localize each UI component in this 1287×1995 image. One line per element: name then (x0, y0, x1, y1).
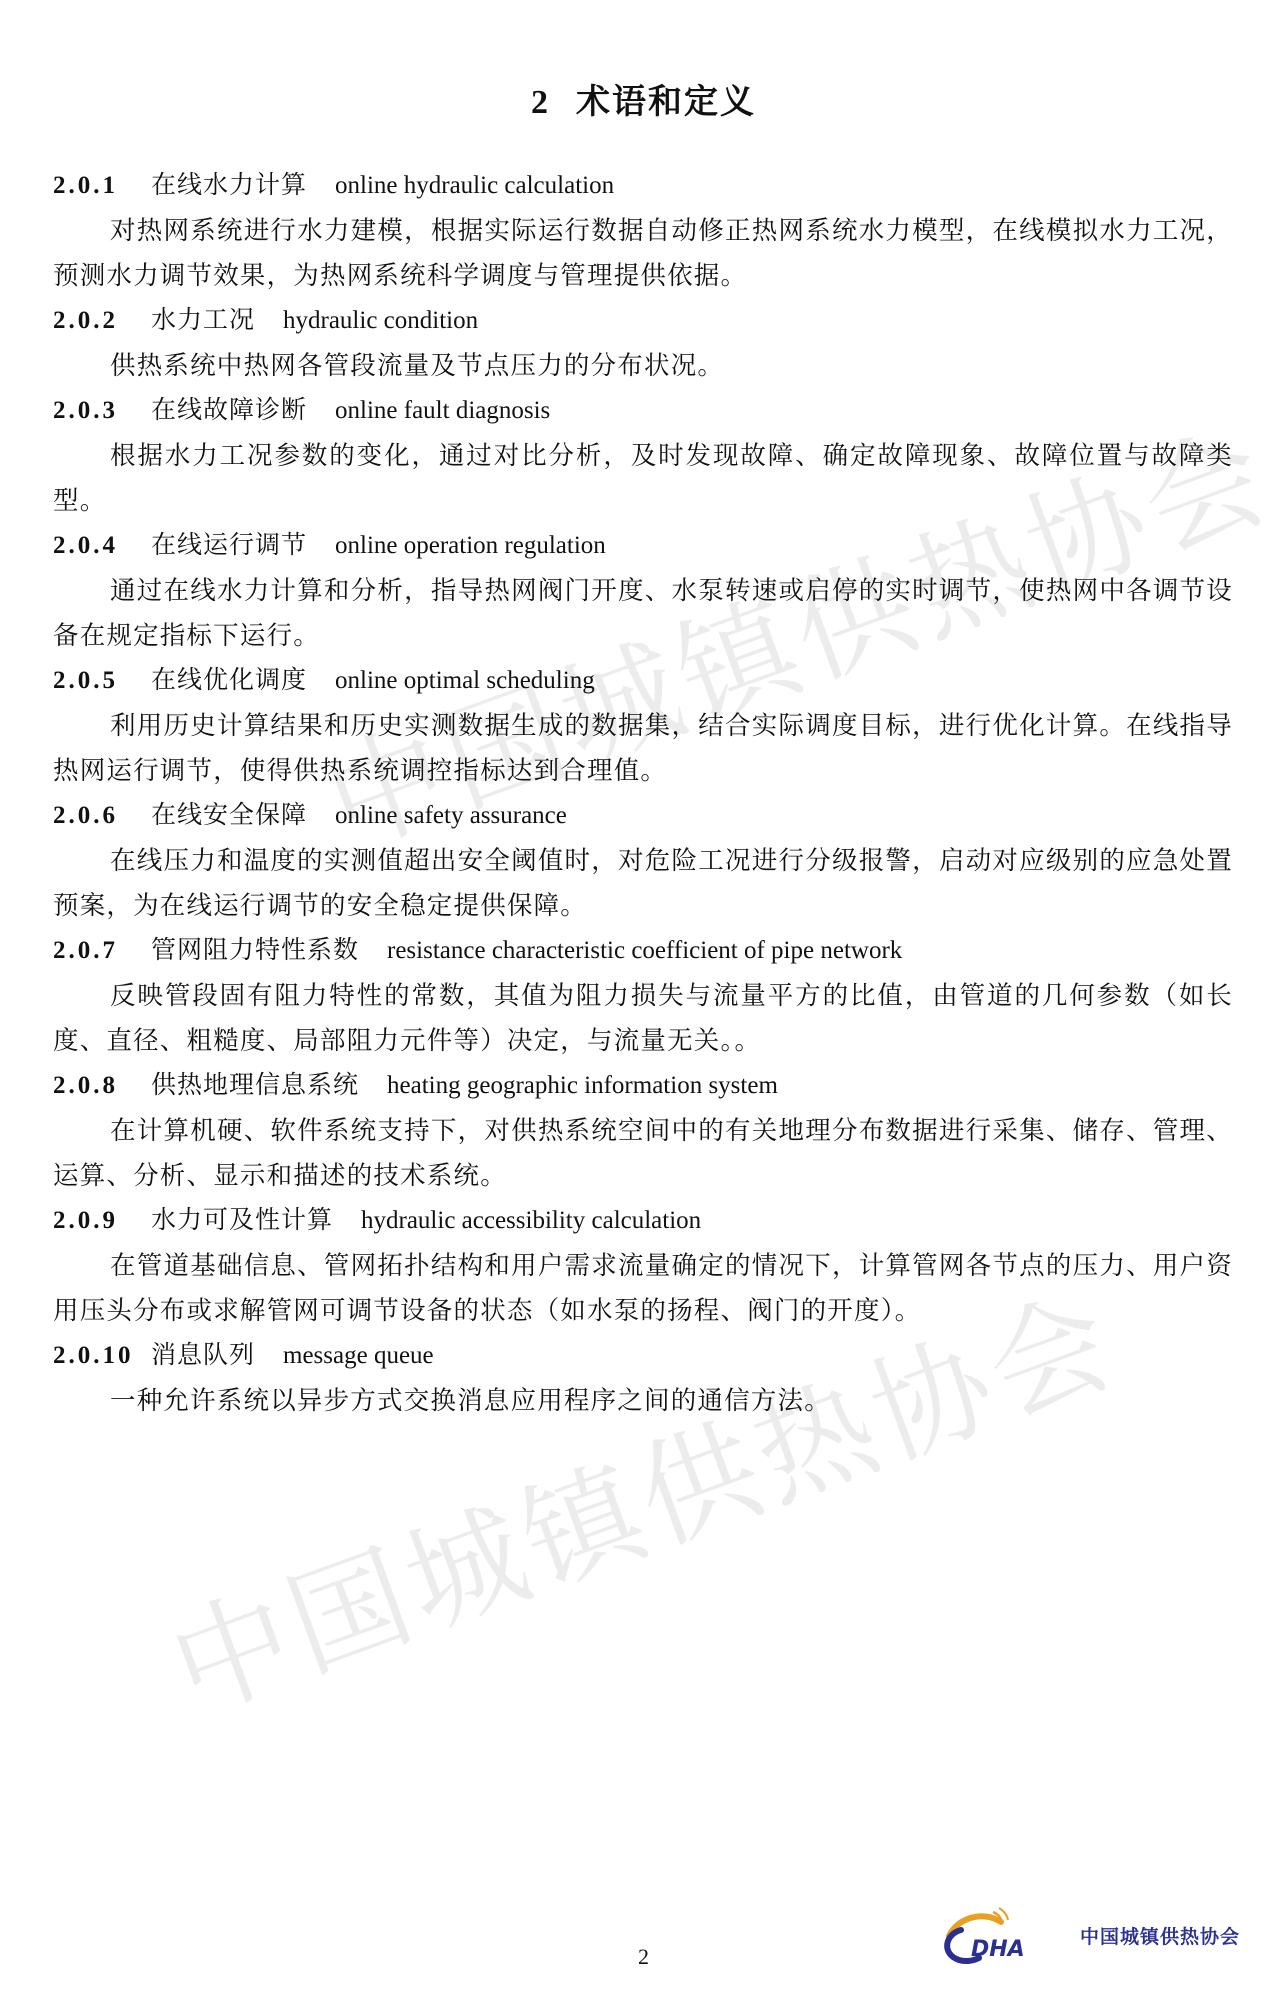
term-cn: 在线安全保障 (151, 802, 307, 829)
term-cn: 供热地理信息系统 (151, 1072, 359, 1099)
term-cn: 管网阻力特性系数 (151, 937, 359, 964)
dha-logo-icon: DHA (935, 1900, 1080, 1970)
svg-text:DHA: DHA (971, 1937, 1025, 1962)
term-code: 2.0.6 (53, 793, 151, 838)
logo-org-name: 中国城镇供热协会 (1080, 1922, 1240, 1949)
definition-entry: 2.0.5在线优化调度online optimal scheduling 利用历… (53, 658, 1233, 793)
term-definition: 在管道基础信息、管网拓扑结构和用户需求流量确定的情况下，计算管网各节点的压力、用… (53, 1243, 1233, 1333)
section-title: 2术语和定义 (0, 74, 1287, 123)
term-code: 2.0.9 (53, 1198, 151, 1243)
term-en: hydraulic accessibility calculation (361, 1207, 701, 1234)
term-en: online hydraulic calculation (335, 172, 614, 199)
term-heading: 2.0.8供热地理信息系统heating geographic informat… (53, 1063, 1233, 1108)
term-code: 2.0.1 (53, 163, 151, 208)
term-en: online safety assurance (335, 802, 567, 829)
term-cn: 消息队列 (151, 1342, 255, 1369)
definition-entry: 2.0.10消息队列message queue 一种允许系统以异步方式交换消息应… (53, 1333, 1233, 1423)
term-cn: 在线故障诊断 (151, 397, 307, 424)
term-heading: 2.0.7管网阻力特性系数resistance characteristic c… (53, 928, 1233, 973)
term-heading: 2.0.9水力可及性计算hydraulic accessibility calc… (53, 1198, 1233, 1243)
definition-entry: 2.0.8供热地理信息系统heating geographic informat… (53, 1063, 1233, 1198)
term-en: online operation regulation (335, 532, 606, 559)
term-definition: 反映管段固有阻力特性的常数，其值为阻力损失与流量平方的比值，由管道的几何参数（如… (53, 973, 1233, 1063)
section-title-text: 术语和定义 (576, 84, 756, 121)
term-cn: 水力可及性计算 (151, 1207, 333, 1234)
term-cn: 在线优化调度 (151, 667, 307, 694)
term-code: 2.0.8 (53, 1063, 151, 1108)
term-heading: 2.0.2水力工况hydraulic condition (53, 298, 1233, 343)
term-code: 2.0.5 (53, 658, 151, 703)
term-definition: 通过在线水力计算和分析，指导热网阀门开度、水泵转速或启停的实时调节，使热网中各调… (53, 568, 1233, 658)
term-heading: 2.0.6在线安全保障online safety assurance (53, 793, 1233, 838)
term-code: 2.0.10 (53, 1333, 151, 1378)
term-definition: 一种允许系统以异步方式交换消息应用程序之间的通信方法。 (53, 1378, 1233, 1423)
term-definition: 利用历史计算结果和历史实测数据生成的数据集，结合实际调度目标，进行优化计算。在线… (53, 703, 1233, 793)
term-en: resistance characteristic coefficient of… (387, 937, 902, 964)
term-en: heating geographic information system (387, 1072, 778, 1099)
term-definition: 在线压力和温度的实测值超出安全阈值时，对危险工况进行分级报警，启动对应级别的应急… (53, 838, 1233, 928)
term-en: online fault diagnosis (335, 397, 550, 424)
definition-entry: 2.0.7管网阻力特性系数resistance characteristic c… (53, 928, 1233, 1063)
term-cn: 在线水力计算 (151, 172, 307, 199)
term-en: message queue (283, 1342, 434, 1369)
term-code: 2.0.7 (53, 928, 151, 973)
term-heading: 2.0.5在线优化调度online optimal scheduling (53, 658, 1233, 703)
definition-entry: 2.0.6在线安全保障online safety assurance 在线压力和… (53, 793, 1233, 928)
term-heading: 2.0.3在线故障诊断online fault diagnosis (53, 388, 1233, 433)
dha-logo: DHA 中国城镇供热协会 (935, 1900, 1265, 1970)
term-definition: 对热网系统进行水力建模，根据实际运行数据自动修正热网系统水力模型，在线模拟水力工… (53, 208, 1233, 298)
definition-entry: 2.0.9水力可及性计算hydraulic accessibility calc… (53, 1198, 1233, 1333)
term-en: online optimal scheduling (335, 667, 595, 694)
term-code: 2.0.4 (53, 523, 151, 568)
term-en: hydraulic condition (283, 307, 478, 334)
term-definition: 在计算机硬、软件系统支持下，对供热系统空间中的有关地理分布数据进行采集、储存、管… (53, 1108, 1233, 1198)
term-code: 2.0.3 (53, 388, 151, 433)
term-definition: 根据水力工况参数的变化，通过对比分析，及时发现故障、确定故障现象、故障位置与故障… (53, 433, 1233, 523)
term-cn: 水力工况 (151, 307, 255, 334)
term-definition: 供热系统中热网各管段流量及节点压力的分布状况。 (53, 343, 1233, 388)
term-heading: 2.0.10消息队列message queue (53, 1333, 1233, 1378)
definition-entry: 2.0.3在线故障诊断online fault diagnosis 根据水力工况… (53, 388, 1233, 523)
section-number: 2 (531, 84, 550, 121)
term-cn: 在线运行调节 (151, 532, 307, 559)
definition-entry: 2.0.2水力工况hydraulic condition 供热系统中热网各管段流… (53, 298, 1233, 388)
definition-entry: 2.0.4在线运行调节online operation regulation 通… (53, 523, 1233, 658)
term-heading: 2.0.1在线水力计算online hydraulic calculation (53, 163, 1233, 208)
definition-entry: 2.0.1在线水力计算online hydraulic calculation … (53, 163, 1233, 298)
term-code: 2.0.2 (53, 298, 151, 343)
term-heading: 2.0.4在线运行调节online operation regulation (53, 523, 1233, 568)
definitions-list: 2.0.1在线水力计算online hydraulic calculation … (53, 163, 1233, 1423)
